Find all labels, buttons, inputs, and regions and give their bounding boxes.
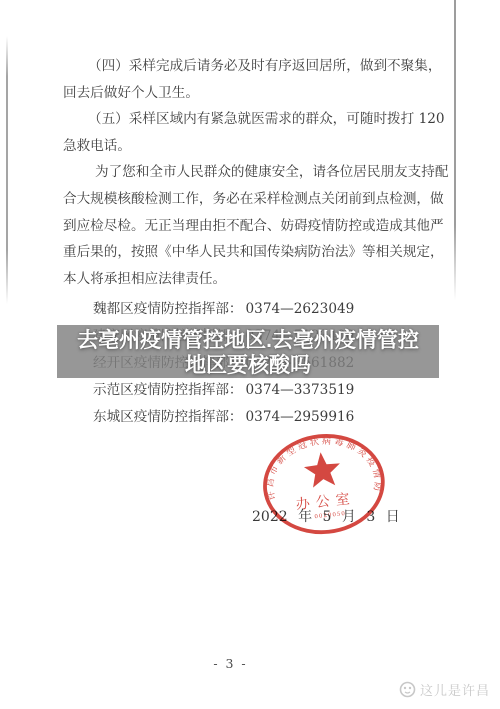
- body-line: 到应检尽检。无正当理由拒不配合、妨碍疫情防控或造成其他严: [63, 213, 459, 240]
- watermark-text: 这儿是许昌: [420, 680, 490, 699]
- hotline-phone: 0374—2623049: [246, 301, 355, 317]
- body-line: （五）采样区域内有紧急就医需求的群众，可随时拨打 120: [63, 106, 459, 133]
- hotline-label: 东城区疫情防控指挥部：: [93, 409, 243, 425]
- seal-star-icon: [303, 450, 343, 488]
- body-line: 急救电话。: [63, 133, 459, 160]
- body-line: （四）采样完成后请务必及时有序返回居所，做到不聚集，: [63, 53, 459, 80]
- document-photo: （四）采样完成后请务必及时有序返回居所，做到不聚集， 回去后做好个人卫生。 （五…: [0, 0, 500, 709]
- banner-title-line1: 去亳州疫情管控地区.去亳州疫情管控: [57, 328, 439, 353]
- notice-body: （四）采样完成后请务必及时有序返回居所，做到不聚集， 回去后做好个人卫生。 （五…: [63, 53, 459, 292]
- body-line: 回去后做好个人卫生。: [63, 80, 459, 107]
- hotline-label: 示范区疫情防控指挥部：: [93, 382, 243, 398]
- hotline-label: 魏都区疫情防控指挥部：: [93, 301, 243, 317]
- caption-overlay-banner: 去亳州疫情管控地区.去亳州疫情管控 地区要核酸吗: [57, 325, 439, 378]
- body-line: 重后果的，按照《中华人民共和国传染病防治法》等相关规定，: [63, 239, 459, 266]
- watermark: 这儿是许昌: [399, 680, 490, 699]
- hotline-row: 魏都区疫情防控指挥部：0374—2623049: [93, 296, 354, 323]
- hotline-phone: 0374—3373519: [246, 382, 355, 398]
- hotline-row: 示范区疫情防控指挥部：0374—3373519: [93, 377, 354, 404]
- official-red-seal: 许昌市新型冠状病毒肺炎疫情防控指挥部 办公室 0020050: [251, 419, 398, 550]
- page-edge-line-left: [6, 36, 8, 304]
- body-line: 合大规模核酸检测工作，务必在采样检测点关闭前到点检测，做: [63, 186, 459, 213]
- hotline-phone: 0374—2959916: [246, 409, 355, 425]
- body-line: 为了您和全市人民群众的健康安全，请各位居民朋友支持配: [63, 159, 459, 186]
- page-number: - 3 -: [0, 656, 461, 671]
- body-line: 本人将承担相应法律责任。: [63, 266, 459, 293]
- mascot-icon: [399, 681, 416, 698]
- banner-title-line2: 地区要核酸吗: [57, 353, 439, 378]
- seal-office-label: 办公室: [295, 490, 356, 513]
- seal-serial-number: 0020050: [314, 511, 346, 520]
